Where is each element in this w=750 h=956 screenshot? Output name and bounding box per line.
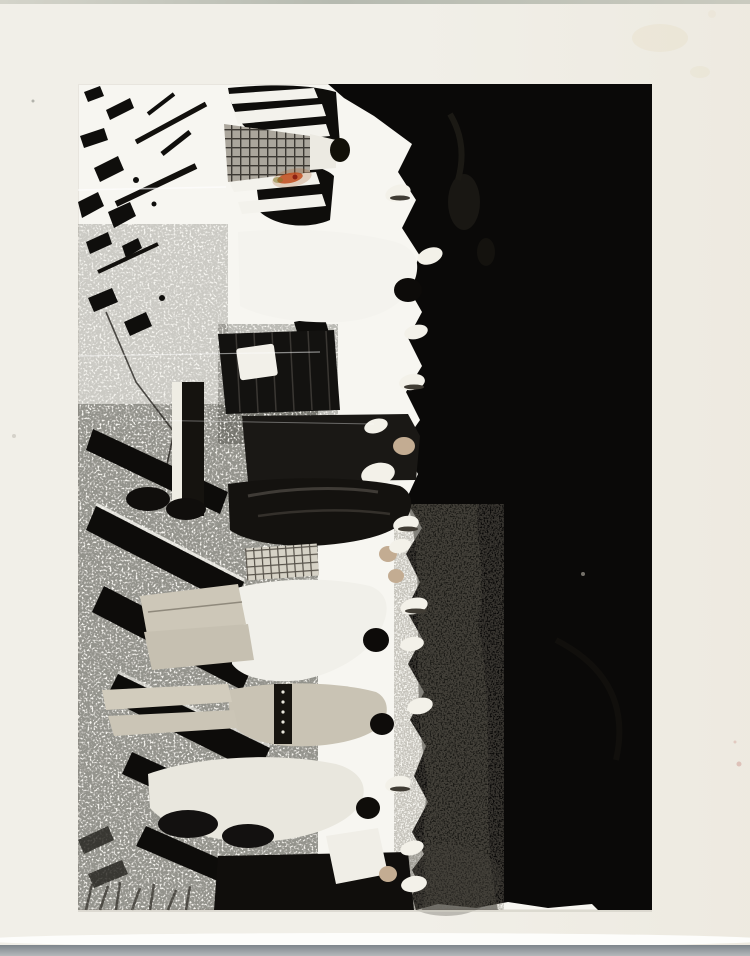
scanned-page [0, 0, 750, 956]
photo-print [78, 84, 652, 916]
leg-shadow [222, 824, 274, 848]
figure-head [330, 138, 350, 162]
paper-speck [32, 100, 35, 103]
figure-head [363, 628, 389, 652]
paper-stain [708, 10, 716, 18]
white-purse [236, 344, 278, 381]
figure-face [388, 569, 404, 583]
white-shirt-wedge [326, 828, 388, 884]
scan-canvas [0, 0, 750, 956]
defect-green-tinge [273, 177, 283, 183]
dust-fleck [581, 572, 585, 576]
paper-stain [690, 66, 710, 78]
paper-stain-pink [734, 741, 737, 744]
checkered-shirt [245, 544, 319, 581]
figure-face [393, 437, 415, 455]
scanner-bottom-edge [0, 945, 750, 956]
defect-red-core [293, 175, 298, 180]
fence-post-highlight [172, 382, 182, 516]
fence-post [182, 382, 204, 516]
paper-speck [12, 434, 16, 438]
boot-shadow [126, 487, 170, 511]
figure-head [394, 278, 422, 302]
scanner-top-edge [0, 0, 750, 4]
paper-stain [632, 24, 688, 52]
boot-shadow [166, 498, 206, 520]
figure-head [356, 797, 380, 819]
figure-head [370, 713, 394, 735]
paper-curl-highlight [0, 933, 750, 947]
figure-face [379, 866, 397, 882]
leg-shadow [158, 810, 218, 838]
paper-stain-pink [737, 762, 742, 767]
